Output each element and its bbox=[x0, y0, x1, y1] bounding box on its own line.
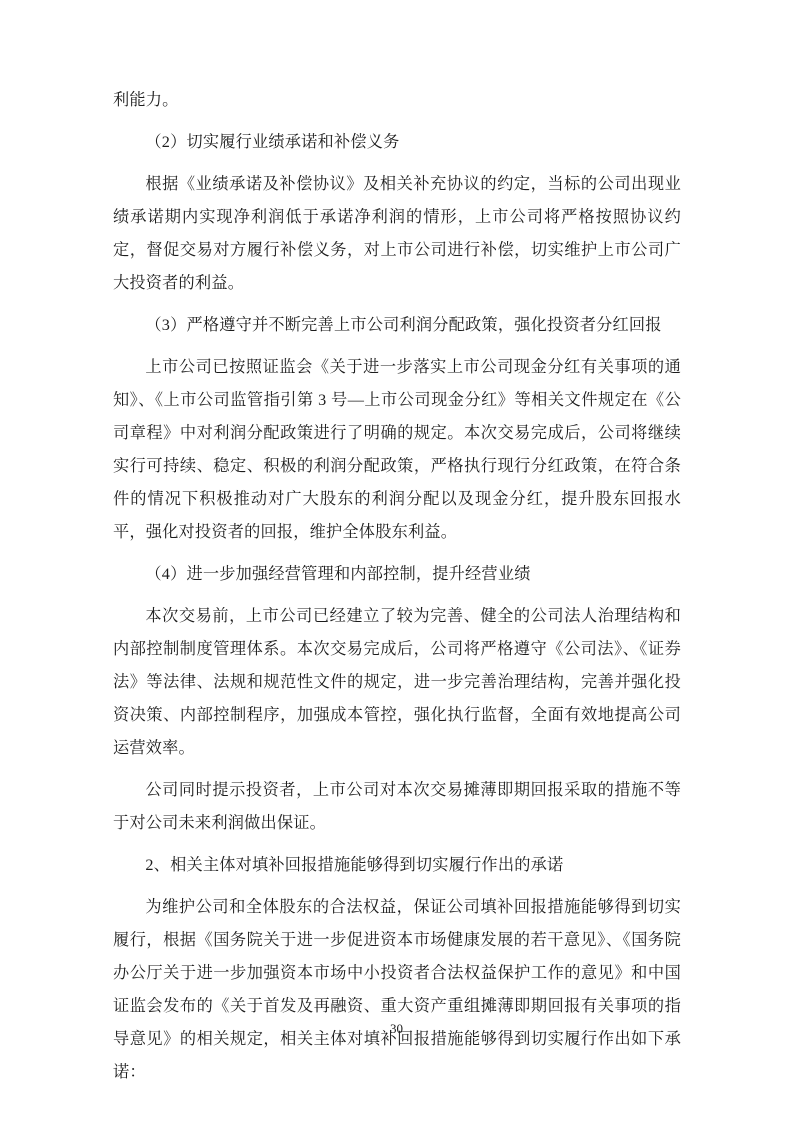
paragraph: 公司同时提示投资者，上市公司对本次交易摊薄即期回报采取的措施不等于对公司未来利润… bbox=[113, 774, 681, 840]
page-content: 利能力。（2）切实履行业绩承诺和补偿义务根据《业绩承诺及补偿协议》及相关补充协议… bbox=[113, 84, 681, 1098]
document-page: 利能力。（2）切实履行业绩承诺和补偿义务根据《业绩承诺及补偿协议》及相关补充协议… bbox=[0, 0, 793, 1122]
paragraph: 为维护公司和全体股东的合法权益，保证公司填补回报措施能够得到切实履行，根据《国务… bbox=[113, 891, 681, 1089]
page-footer: 30 bbox=[0, 1021, 793, 1037]
section-heading: （2）切实履行业绩承诺和补偿义务 bbox=[113, 126, 681, 159]
paragraph: 利能力。 bbox=[113, 84, 681, 117]
section-heading: 2、相关主体对填补回报措施能够得到切实履行作出的承诺 bbox=[113, 849, 681, 882]
section-heading: （3）严格遵守并不断完善上市公司利润分配政策，强化投资者分红回报 bbox=[113, 309, 681, 342]
section-heading: （4）进一步加强经营管理和内部控制，提升经营业绩 bbox=[113, 558, 681, 591]
page-number: 30 bbox=[390, 1021, 403, 1036]
paragraph: 上市公司已按照证监会《关于进一步落实上市公司现金分红有关事项的通知》、《上市公司… bbox=[113, 351, 681, 549]
paragraph: 本次交易前，上市公司已经建立了较为完善、健全的公司法人治理结构和内部控制制度管理… bbox=[113, 600, 681, 765]
paragraph: 根据《业绩承诺及补偿协议》及相关补充协议的约定，当标的公司出现业绩承诺期内实现净… bbox=[113, 168, 681, 300]
